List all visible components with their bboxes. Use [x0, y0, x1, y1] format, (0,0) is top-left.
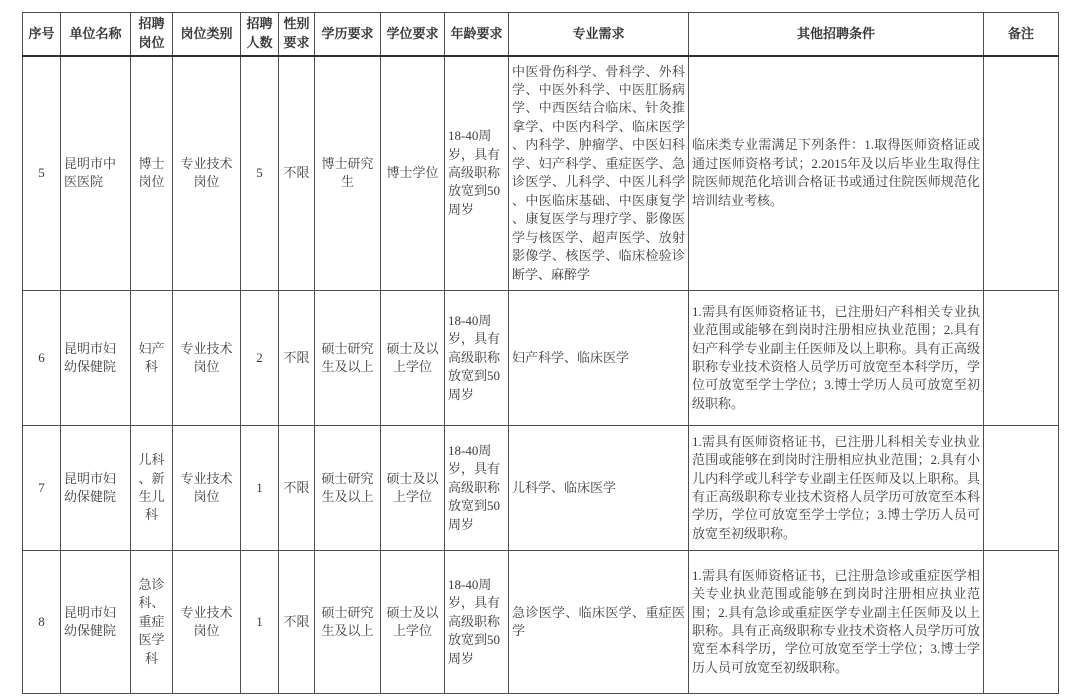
column-header-category: 岗位类别 [173, 13, 241, 56]
cell-other: 1.需具有医师资格证书，已注册儿科相关专业执业范围或能够在到岗时注册相应执业范围… [689, 426, 984, 551]
cell-degree: 硕士及以上学位 [381, 291, 445, 426]
cell-count: 1 [241, 551, 279, 694]
cell-seq: 6 [23, 291, 61, 426]
cell-position: 妇产科 [131, 291, 173, 426]
cell-education: 硕士研究生及以上 [315, 551, 381, 694]
table-row: 6昆明市妇幼保健院妇产科专业技术岗位2不限硕士研究生及以上硕士及以上学位18-4… [23, 291, 1059, 426]
header-row: 序号单位名称招聘岗位岗位类别招聘人数性别要求学历要求学位要求年龄要求专业需求其他… [23, 13, 1059, 56]
column-header-count: 招聘人数 [241, 13, 279, 56]
cell-education: 硕士研究生及以上 [315, 291, 381, 426]
table-head: 序号单位名称招聘岗位岗位类别招聘人数性别要求学历要求学位要求年龄要求专业需求其他… [23, 13, 1059, 56]
cell-degree: 博士学位 [381, 56, 445, 291]
cell-count: 1 [241, 426, 279, 551]
cell-count: 5 [241, 56, 279, 291]
column-header-position: 招聘岗位 [131, 13, 173, 56]
cell-other: 临床类专业需满足下列条件：1.取得医师资格证或通过医师资格考试；2.2015年及… [689, 56, 984, 291]
column-header-gender: 性别要求 [279, 13, 315, 56]
cell-position: 儿科、新生儿科 [131, 426, 173, 551]
table-row: 5昆明市中医医院博士岗位专业技术岗位5不限博士研究生博士学位18-40周岁，具有… [23, 56, 1059, 291]
cell-remark [984, 56, 1059, 291]
cell-category: 专业技术岗位 [173, 56, 241, 291]
cell-category: 专业技术岗位 [173, 551, 241, 694]
cell-education: 硕士研究生及以上 [315, 426, 381, 551]
cell-degree: 硕士及以上学位 [381, 551, 445, 694]
cell-gender: 不限 [279, 291, 315, 426]
cell-major: 妇产科学、临床医学 [509, 291, 689, 426]
cell-category: 专业技术岗位 [173, 426, 241, 551]
cell-remark [984, 291, 1059, 426]
cell-category: 专业技术岗位 [173, 291, 241, 426]
table-row: 7昆明市妇幼保健院儿科、新生儿科专业技术岗位1不限硕士研究生及以上硕士及以上学位… [23, 426, 1059, 551]
cell-age: 18-40周岁，具有高级职称放宽到50周岁 [445, 426, 509, 551]
cell-unit: 昆明市妇幼保健院 [61, 551, 131, 694]
table-body: 5昆明市中医医院博士岗位专业技术岗位5不限博士研究生博士学位18-40周岁，具有… [23, 56, 1059, 694]
cell-position: 急诊科、重症医学科 [131, 551, 173, 694]
column-header-education: 学历要求 [315, 13, 381, 56]
cell-seq: 8 [23, 551, 61, 694]
cell-seq: 5 [23, 56, 61, 291]
cell-major: 儿科学、临床医学 [509, 426, 689, 551]
column-header-degree: 学位要求 [381, 13, 445, 56]
column-header-major: 专业需求 [509, 13, 689, 56]
cell-seq: 7 [23, 426, 61, 551]
cell-age: 18-40周岁，具有高级职称放宽到50周岁 [445, 56, 509, 291]
table-row: 8昆明市妇幼保健院急诊科、重症医学科专业技术岗位1不限硕士研究生及以上硕士及以上… [23, 551, 1059, 694]
cell-unit: 昆明市中医医院 [61, 56, 131, 291]
cell-remark [984, 426, 1059, 551]
cell-age: 18-40周岁，具有高级职称放宽到50周岁 [445, 551, 509, 694]
cell-gender: 不限 [279, 551, 315, 694]
recruitment-table: 序号单位名称招聘岗位岗位类别招聘人数性别要求学历要求学位要求年龄要求专业需求其他… [22, 12, 1059, 694]
column-header-other: 其他招聘条件 [689, 13, 984, 56]
cell-gender: 不限 [279, 56, 315, 291]
cell-other: 1.需具有医师资格证书，已注册急诊或重症医学相关专业执业范围或能够在到岗时注册相… [689, 551, 984, 694]
cell-remark [984, 551, 1059, 694]
column-header-seq: 序号 [23, 13, 61, 56]
cell-major: 中医骨伤科学、骨科学、外科学、中医外科学、中医肛肠病学、中西医结合临床、针灸推拿… [509, 56, 689, 291]
cell-position: 博士岗位 [131, 56, 173, 291]
cell-degree: 硕士及以上学位 [381, 426, 445, 551]
cell-count: 2 [241, 291, 279, 426]
column-header-remark: 备注 [984, 13, 1059, 56]
cell-education: 博士研究生 [315, 56, 381, 291]
column-header-age: 年龄要求 [445, 13, 509, 56]
cell-unit: 昆明市妇幼保健院 [61, 291, 131, 426]
cell-age: 18-40周岁，具有高级职称放宽到50周岁 [445, 291, 509, 426]
column-header-unit: 单位名称 [61, 13, 131, 56]
cell-major: 急诊医学、临床医学、重症医学 [509, 551, 689, 694]
cell-gender: 不限 [279, 426, 315, 551]
cell-unit: 昆明市妇幼保健院 [61, 426, 131, 551]
document-page: 序号单位名称招聘岗位岗位类别招聘人数性别要求学历要求学位要求年龄要求专业需求其他… [0, 0, 1080, 700]
cell-other: 1.需具有医师资格证书，已注册妇产科相关专业执业范围或能够在到岗时注册相应执业范… [689, 291, 984, 426]
